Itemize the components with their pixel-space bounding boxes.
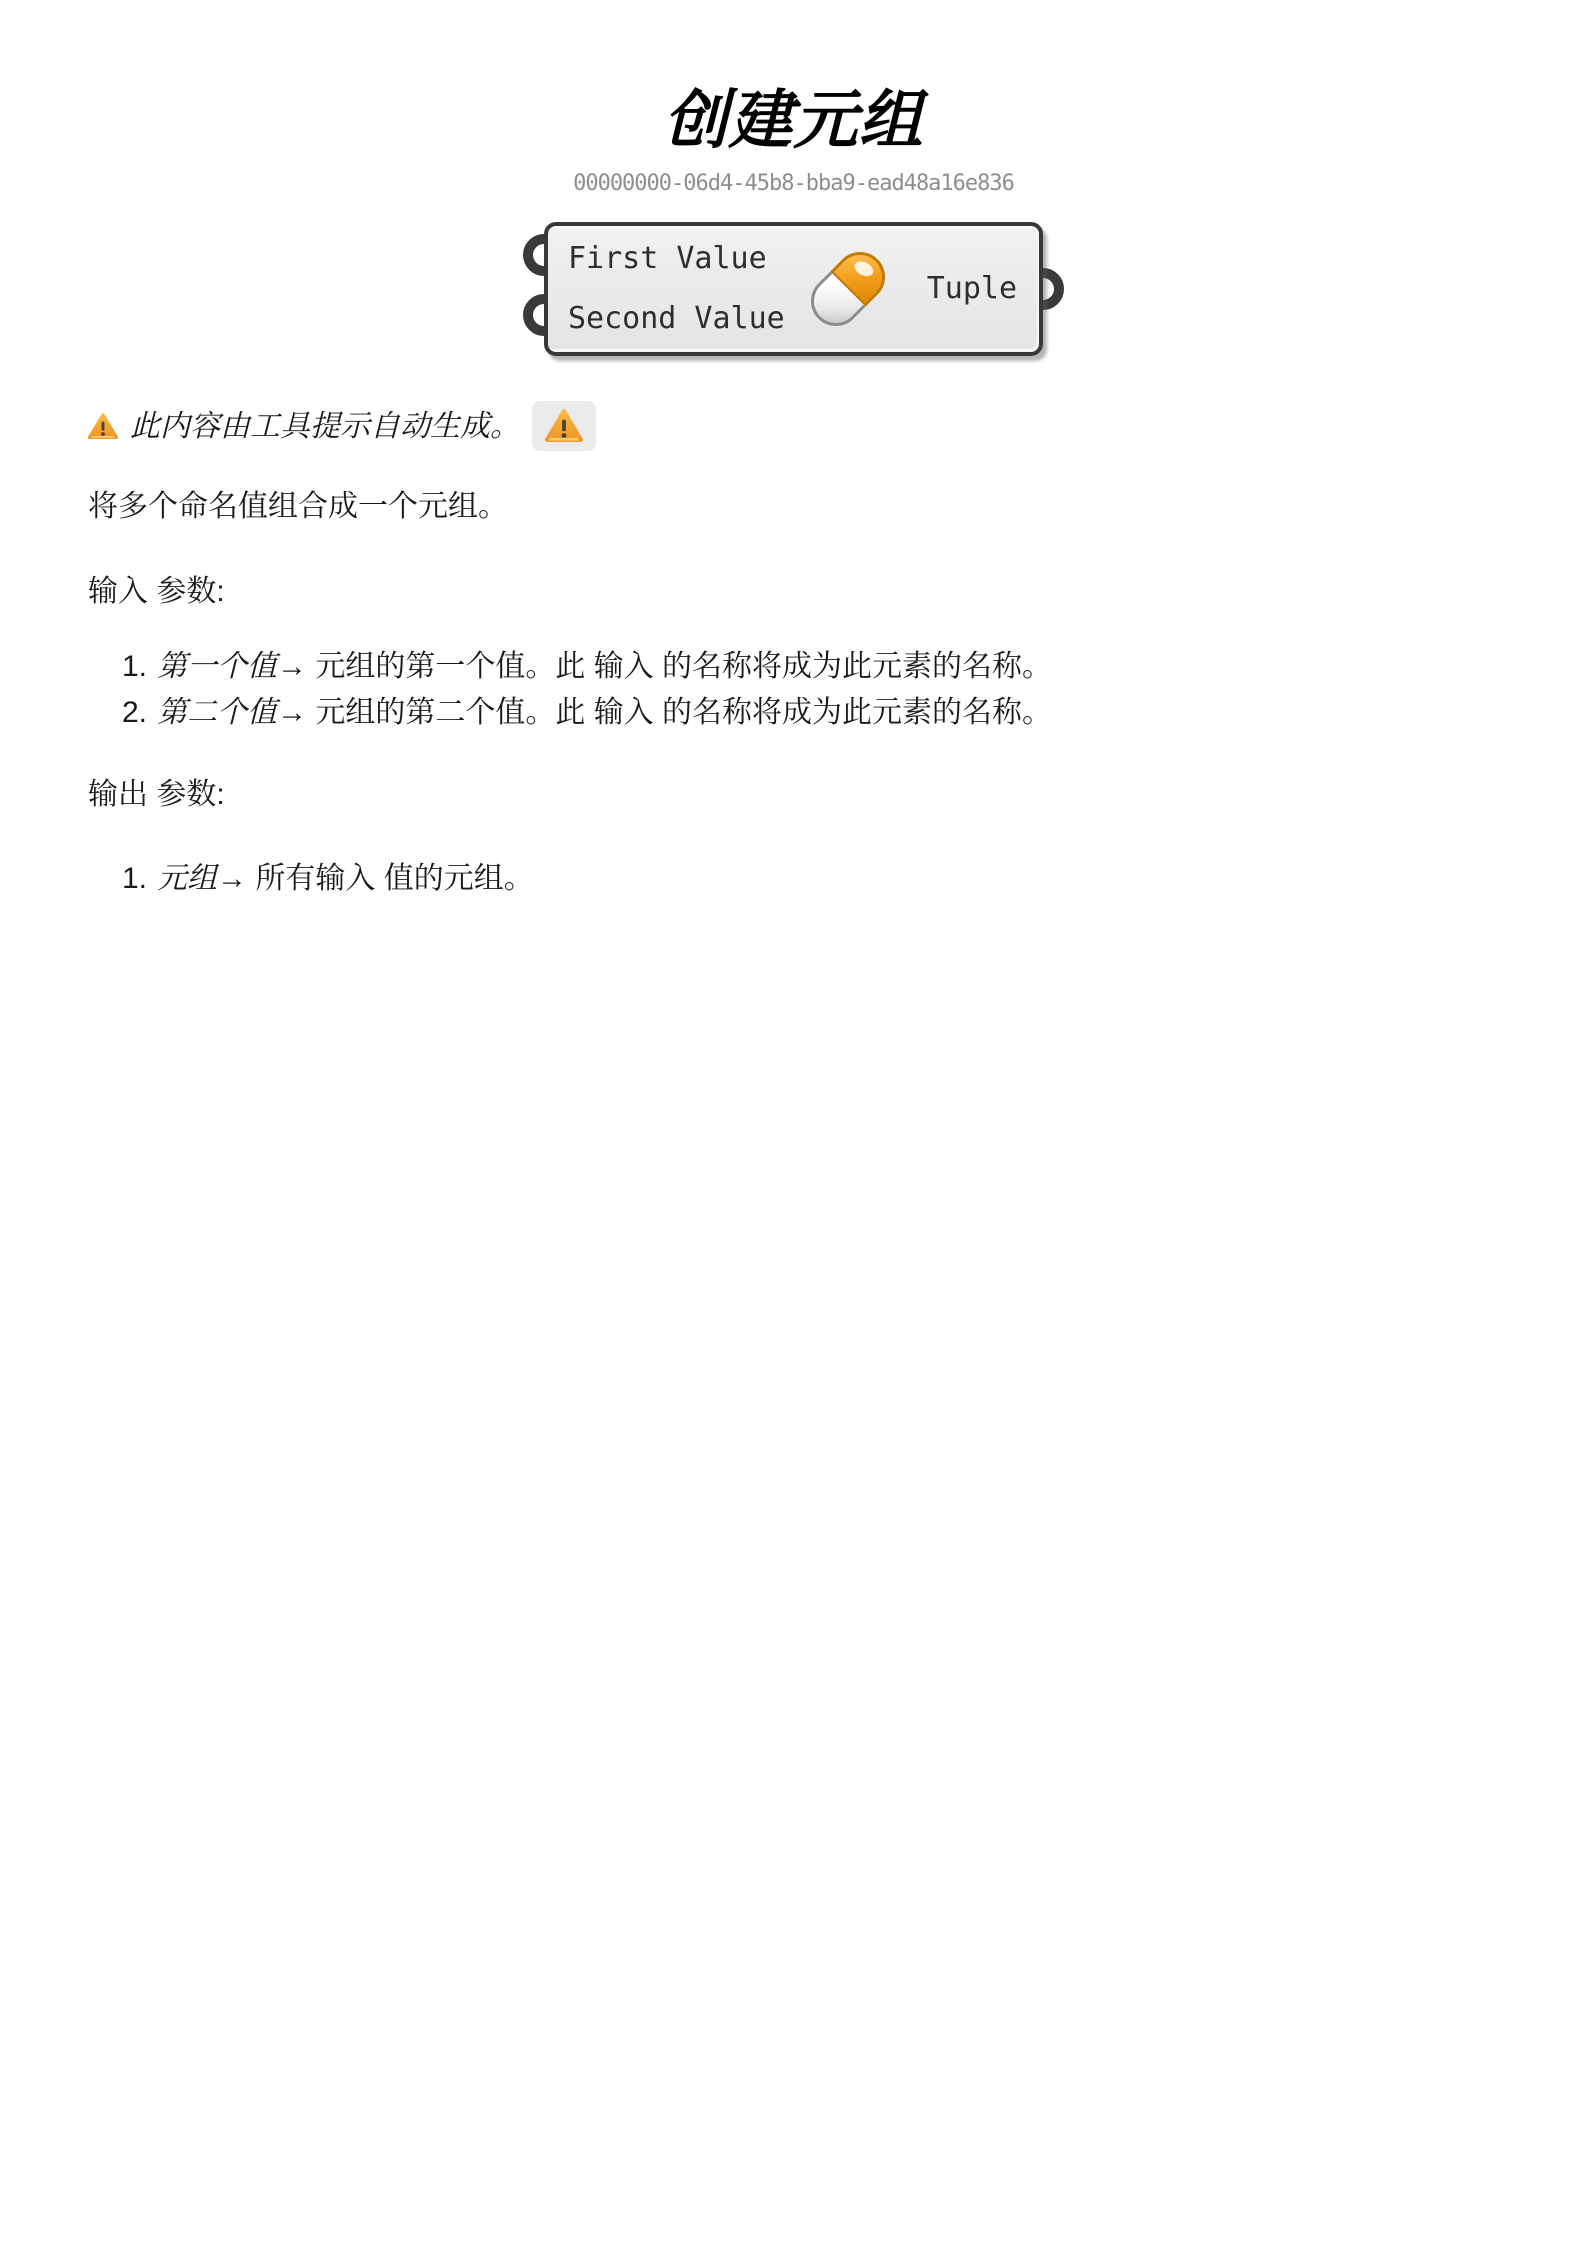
warning-icon <box>545 408 583 444</box>
pill-icon <box>803 239 893 339</box>
warning-icon <box>88 412 118 441</box>
input-label-second-value: Second Value <box>568 298 785 340</box>
component-uuid: 00000000-06d4-45b8-bba9-ead48a16e836 <box>88 170 1499 199</box>
outputs-list: 1.元组→ 所有输入 值的元组。 <box>88 856 1499 902</box>
page-title: 创建元组 <box>88 84 1499 158</box>
output-label-tuple: Tuple <box>927 268 1017 310</box>
list-item: 1.第一个值→ 元组的第一个值。此 输入 的名称将成为此元素的名称。 <box>122 644 1499 690</box>
component-diagram: First Value Second Value Tuple <box>544 222 1043 356</box>
param-description: → 所有输入 值的元组。 <box>217 862 534 895</box>
param-name: 第一个值 <box>157 650 277 683</box>
list-item: 1.元组→ 所有输入 值的元组。 <box>122 856 1499 902</box>
notice-text: 此内容由工具提示自动生成。 <box>130 404 520 449</box>
item-number: 1. <box>122 862 147 895</box>
input-label-first-value: First Value <box>568 238 785 280</box>
warning-icon-chip <box>532 401 596 451</box>
auto-generated-notice: 此内容由工具提示自动生成。 <box>88 401 1499 451</box>
inputs-list: 1.第一个值→ 元组的第一个值。此 输入 的名称将成为此元素的名称。 2.第二个… <box>88 644 1499 736</box>
list-item: 2.第二个值→ 元组的第二个值。此 输入 的名称将成为此元素的名称。 <box>122 690 1499 736</box>
component-description: 将多个命名值组合成一个元组。 <box>88 484 1499 529</box>
param-description: → 元组的第二个值。此 输入 的名称将成为此元素的名称。 <box>277 696 1052 729</box>
param-name: 第二个值 <box>157 696 277 729</box>
param-name: 元组 <box>157 862 217 895</box>
outputs-heading: 输出 参数: <box>88 772 1499 817</box>
param-description: → 元组的第一个值。此 输入 的名称将成为此元素的名称。 <box>277 650 1052 683</box>
component-body: First Value Second Value Tuple <box>544 222 1043 356</box>
doc-page: 创建元组 00000000-06d4-45b8-bba9-ead48a16e83… <box>0 84 1587 902</box>
item-number: 1. <box>122 650 147 683</box>
inputs-heading: 输入 参数: <box>88 569 1499 614</box>
item-number: 2. <box>122 696 147 729</box>
